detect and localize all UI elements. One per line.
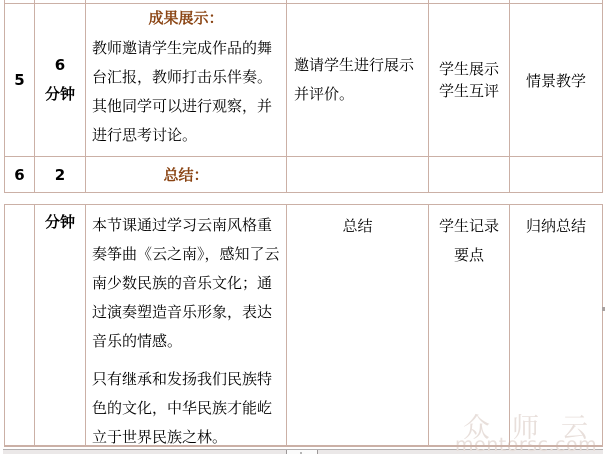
summary-paragraph-2: 只有继承和发扬我们民族特色的文化，中华民族才能屹立于世界民族之林。: [92, 365, 280, 446]
teacher-action-text: 邀请学生进行展示并评价。: [294, 51, 424, 109]
cell-content-6-continued: 本节课通过学习云南风格重奏筝曲《云之南》，感知了云南少数民族的音乐文化；通过演奏…: [86, 205, 287, 446]
cell-time-6-continued: 分钟: [35, 205, 86, 446]
method-text: 情景教学: [526, 70, 586, 91]
cell-student-activity-6: [429, 157, 510, 192]
time-unit: 分钟: [45, 80, 75, 109]
method-text: 归纳总结: [526, 217, 586, 235]
student-action-line: 学生互评: [439, 83, 499, 99]
cell-time-6: 2: [35, 157, 86, 192]
section-title: 总结：: [163, 164, 208, 185]
cell-student-activity-5: 学生展示 学生互评: [429, 4, 510, 157]
next-row-cell-sliver: [286, 450, 318, 454]
section-body: 教师邀请学生完成作品的舞台汇报，教师打击乐伴奏。其他同学可以进行观察，并进行思考…: [92, 34, 280, 150]
cell-method-6: [510, 157, 602, 192]
cell-student-activity-6-continued: 学生记录 要点: [429, 205, 510, 446]
cell-teacher-activity-6-continued: 总结: [287, 205, 429, 446]
time-value: 6: [55, 51, 65, 80]
student-action-line: 要点: [429, 241, 509, 270]
lesson-plan-table-page2: 分钟 本节课通过学习云南风格重奏筝曲《云之南》，感知了云南少数民族的音乐文化；通…: [4, 204, 603, 447]
student-action-line: 学生展示: [439, 61, 499, 77]
cell-seq-5: 5: [5, 4, 35, 157]
teacher-action-text: 总结: [342, 217, 372, 235]
section-title: 成果展示：: [92, 4, 280, 30]
cell-seq-6-continued: [5, 205, 35, 446]
summary-paragraph-1: 本节课通过学习云南风格重奏筝曲《云之南》，感知了云南少数民族的音乐文化；通过演奏…: [92, 211, 280, 356]
cell-teacher-activity-5: 邀请学生进行展示并评价。: [287, 4, 429, 157]
cell-content-5: 成果展示： 教师邀请学生完成作品的舞台汇报，教师打击乐伴奏。其他同学可以进行观察…: [86, 4, 287, 157]
lesson-plan-table-page1: 5 6 分钟 成果展示： 教师邀请学生完成作品的舞台汇报，教师打击乐伴奏。其他同…: [4, 3, 603, 193]
cell-seq-6: 6: [5, 157, 35, 192]
cell-method-6-continued: 归纳总结: [510, 205, 602, 446]
cell-method-5: 情景教学: [510, 4, 602, 157]
student-action-line: 学生记录: [429, 212, 509, 241]
cell-time-5: 6 分钟: [35, 4, 86, 157]
cell-teacher-activity-6: [287, 157, 429, 192]
cell-content-6: 总结：: [86, 157, 287, 192]
